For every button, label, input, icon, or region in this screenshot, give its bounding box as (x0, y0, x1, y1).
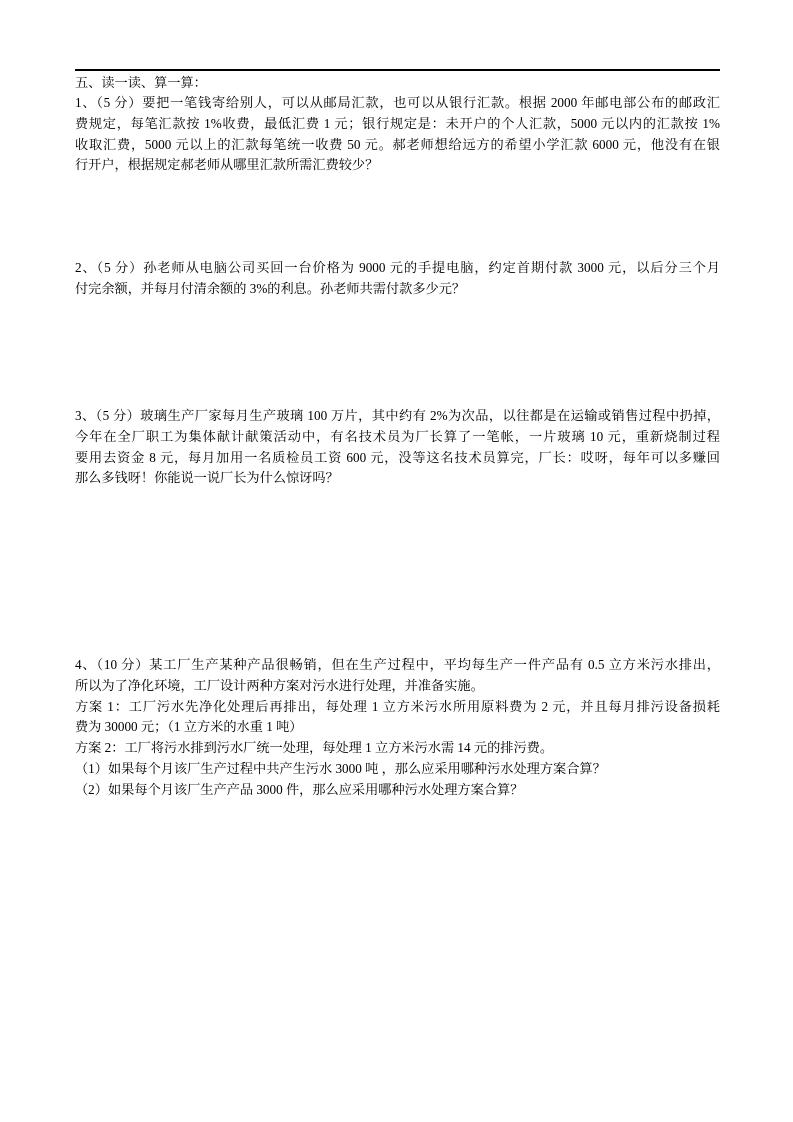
section-header: 五、读一读、算一算： (75, 73, 720, 94)
question-4: 4、（10 分）某工厂生产某种产品很畅销，但在生产过程中，平均每生产一件产品有 … (75, 655, 720, 801)
header-divider-line (75, 69, 720, 71)
question-4-subquestion-1: （1）如果每个月该厂生产过程中共产生污水 3000 吨 ，那么应采用哪种污水处理… (75, 759, 720, 780)
question-3-line-1: 3、（5 分）玻璃生产厂家每月生产玻璃 100 万片，其中约有 2%为次品，以往… (75, 406, 720, 427)
question-3: 3、（5 分）玻璃生产厂家每月生产玻璃 100 万片，其中约有 2%为次品，以往… (75, 406, 720, 489)
question-2-line-1: 2、（5 分）孙老师从电脑公司买回一台价格为 9000 元的手提电脑，约定首期付… (75, 258, 720, 279)
question-3-line-4: 那么多钱呀！你能说一说厂长为什么惊讶吗？ (75, 468, 720, 489)
question-4-plan1-line-1: 方案 1：工厂污水先净化处理后再排出，每处理 1 立方米污水所用原料费为 2 元… (75, 697, 720, 718)
worksheet-page: 五、读一读、算一算： 1、（5 分）要把一笔钱寄给别人，可以从邮局汇款，也可以从… (0, 0, 793, 1122)
question-1-line-4: 行开户，根据规定郝老师从哪里汇款所需汇费较少？ (75, 155, 720, 176)
question-2-line-2: 付完余额，并每月付清余额的 3%的利息。孙老师共需付款多少元？ (75, 279, 720, 300)
question-3-line-2: 今年在全厂职工为集体献计献策活动中，有名技术员为厂长算了一笔帐，一片玻璃 10 … (75, 427, 720, 448)
section-title: 五、读一读、算一算： (75, 73, 720, 94)
question-3-line-3: 要用去资金 8 元，每月加用一名质检员工资 600 元，没等这名技术员算完，厂长… (75, 448, 720, 469)
question-4-plan1-line-2: 费为 30000 元；（1 立方米的水重 1 吨） (75, 717, 720, 738)
question-1-line-1: 1、（5 分）要把一笔钱寄给别人，可以从邮局汇款，也可以从银行汇款。根据 200… (75, 93, 720, 114)
question-1-line-3: 收取汇费，5000 元以上的汇款每笔统一收费 50 元。郝老师想给远方的希望小学… (75, 135, 720, 156)
question-1: 1、（5 分）要把一笔钱寄给别人，可以从邮局汇款，也可以从银行汇款。根据 200… (75, 93, 720, 176)
question-2: 2、（5 分）孙老师从电脑公司买回一台价格为 9000 元的手提电脑，约定首期付… (75, 258, 720, 300)
question-4-subquestion-2: （2）如果每个月该厂生产产品 3000 件，那么应采用哪种污水处理方案合算？ (75, 780, 720, 801)
question-1-line-2: 费规定，每笔汇款按 1%收费，最低汇费 1 元；银行规定是：未开户的个人汇款，5… (75, 114, 720, 135)
question-4-plan2-line: 方案 2：工厂将污水排到污水厂统一处理，每处理 1 立方米污水需 14 元的排污… (75, 738, 720, 759)
question-4-line-2: 所以为了净化环境，工厂设计两种方案对污水进行处理，并准备实施。 (75, 676, 720, 697)
question-4-line-1: 4、（10 分）某工厂生产某种产品很畅销，但在生产过程中，平均每生产一件产品有 … (75, 655, 720, 676)
